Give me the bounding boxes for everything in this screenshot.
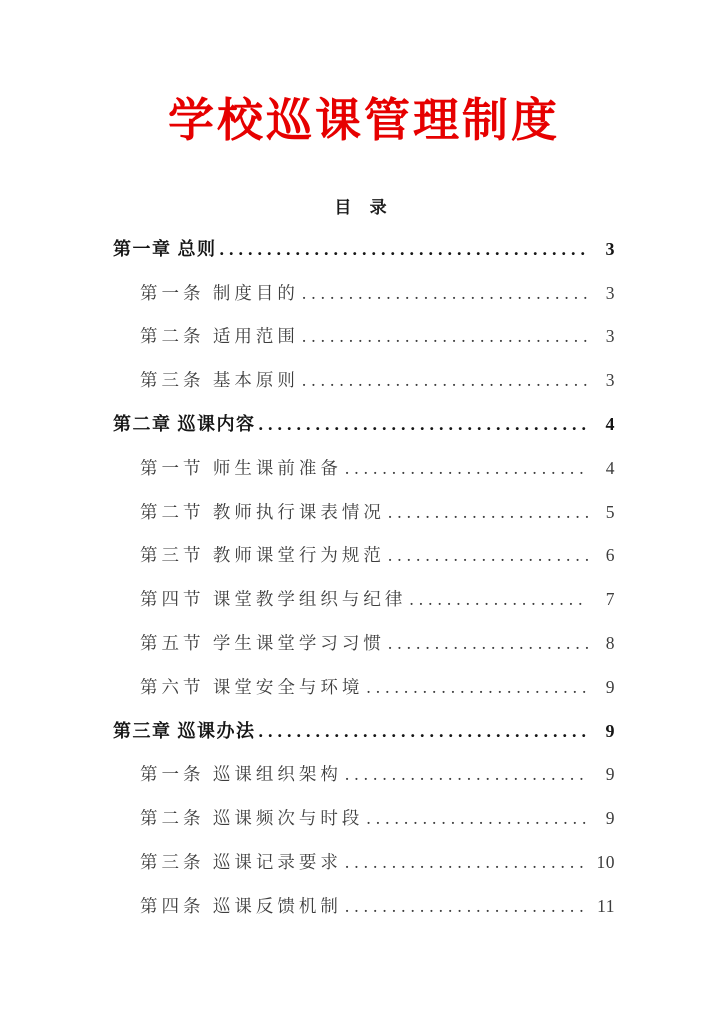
toc-entry-page-number: 8 xyxy=(595,622,615,666)
toc-entry-section[interactable]: 第三条 巡课记录要求 10 xyxy=(113,841,615,885)
document-page: 学校巡课管理制度 目 录 第一章 总则 3 第一条 制度目的 3 第二条 适用范… xyxy=(0,0,724,1024)
toc-entry-section[interactable]: 第二条 适用范围 3 xyxy=(113,315,615,359)
toc-leader-dots xyxy=(220,228,589,272)
toc-entry-section[interactable]: 第五节 学生课堂学习习惯 8 xyxy=(113,622,615,666)
toc-leader-dots xyxy=(388,534,588,578)
toc-entry-section[interactable]: 第一节 师生课前准备 4 xyxy=(113,447,615,491)
toc-entry-section[interactable]: 第二条 巡课频次与时段 9 xyxy=(113,797,615,841)
toc-entry-section[interactable]: 第六节 课堂安全与环境 9 xyxy=(113,666,615,710)
toc-entry-section[interactable]: 第四条 巡课反馈机制 11 xyxy=(113,885,615,929)
toc-leader-dots xyxy=(302,315,588,359)
toc-entry-page-number: 11 xyxy=(595,885,615,929)
toc-entry-label: 第六节 课堂安全与环境 xyxy=(140,666,363,710)
toc-entry-section[interactable]: 第三节 教师课堂行为规范 6 xyxy=(113,534,615,578)
toc-leader-dots xyxy=(345,841,588,885)
toc-entry-label: 第二节 教师执行课表情况 xyxy=(140,491,385,535)
toc-entry-label: 第四节 课堂教学组织与纪律 xyxy=(140,578,406,622)
toc-heading: 目 录 xyxy=(113,193,615,218)
toc-entry-label: 第三条 巡课记录要求 xyxy=(140,841,342,885)
toc-entry-page-number: 9 xyxy=(595,710,615,754)
toc-leader-dots xyxy=(366,666,588,710)
toc-entry-page-number: 4 xyxy=(595,447,615,491)
toc-entry-label: 第二章 巡课内容 xyxy=(113,403,256,447)
toc-leader-dots xyxy=(388,491,588,535)
toc-entry-chapter[interactable]: 第二章 巡课内容 4 xyxy=(113,403,615,447)
toc-leader-dots xyxy=(259,710,589,754)
toc-entry-label: 第一条 制度目的 xyxy=(140,272,299,316)
table-of-contents: 第一章 总则 3 第一条 制度目的 3 第二条 适用范围 3 第三条 基本原则 … xyxy=(113,228,615,929)
toc-entry-section[interactable]: 第二节 教师执行课表情况 5 xyxy=(113,491,615,535)
toc-entry-label: 第一节 师生课前准备 xyxy=(140,447,342,491)
toc-entry-page-number: 6 xyxy=(595,534,615,578)
toc-leader-dots xyxy=(366,797,588,841)
toc-entry-page-number: 9 xyxy=(595,797,615,841)
toc-leader-dots xyxy=(302,272,588,316)
toc-entry-label: 第三节 教师课堂行为规范 xyxy=(140,534,385,578)
toc-entry-chapter[interactable]: 第一章 总则 3 xyxy=(113,228,615,272)
toc-entry-chapter[interactable]: 第三章 巡课办法 9 xyxy=(113,710,615,754)
toc-entry-page-number: 3 xyxy=(595,272,615,316)
toc-entry-label: 第一章 总则 xyxy=(113,228,217,272)
toc-leader-dots xyxy=(345,753,588,797)
toc-leader-dots xyxy=(388,622,588,666)
toc-entry-page-number: 4 xyxy=(595,403,615,447)
toc-entry-page-number: 10 xyxy=(595,841,615,885)
toc-entry-page-number: 9 xyxy=(595,753,615,797)
toc-entry-page-number: 7 xyxy=(595,578,615,622)
toc-entry-label: 第四条 巡课反馈机制 xyxy=(140,885,342,929)
toc-entry-label: 第一条 巡课组织架构 xyxy=(140,753,342,797)
toc-entry-section[interactable]: 第四节 课堂教学组织与纪律 7 xyxy=(113,578,615,622)
toc-entry-label: 第五节 学生课堂学习习惯 xyxy=(140,622,385,666)
toc-entry-label: 第二条 巡课频次与时段 xyxy=(140,797,363,841)
toc-entry-page-number: 9 xyxy=(595,666,615,710)
toc-leader-dots xyxy=(259,403,589,447)
toc-entry-label: 第三条 基本原则 xyxy=(140,359,299,403)
toc-entry-section[interactable]: 第一条 制度目的 3 xyxy=(113,272,615,316)
toc-leader-dots xyxy=(345,885,588,929)
toc-leader-dots xyxy=(409,578,588,622)
toc-leader-dots xyxy=(345,447,588,491)
toc-entry-page-number: 3 xyxy=(595,359,615,403)
toc-entry-page-number: 3 xyxy=(595,315,615,359)
toc-leader-dots xyxy=(302,359,588,403)
toc-entry-label: 第三章 巡课办法 xyxy=(113,710,256,754)
toc-entry-section[interactable]: 第三条 基本原则 3 xyxy=(113,359,615,403)
document-title: 学校巡课管理制度 xyxy=(113,95,615,148)
toc-entry-section[interactable]: 第一条 巡课组织架构 9 xyxy=(113,753,615,797)
toc-entry-page-number: 3 xyxy=(595,228,615,272)
toc-entry-label: 第二条 适用范围 xyxy=(140,315,299,359)
toc-entry-page-number: 5 xyxy=(595,491,615,535)
